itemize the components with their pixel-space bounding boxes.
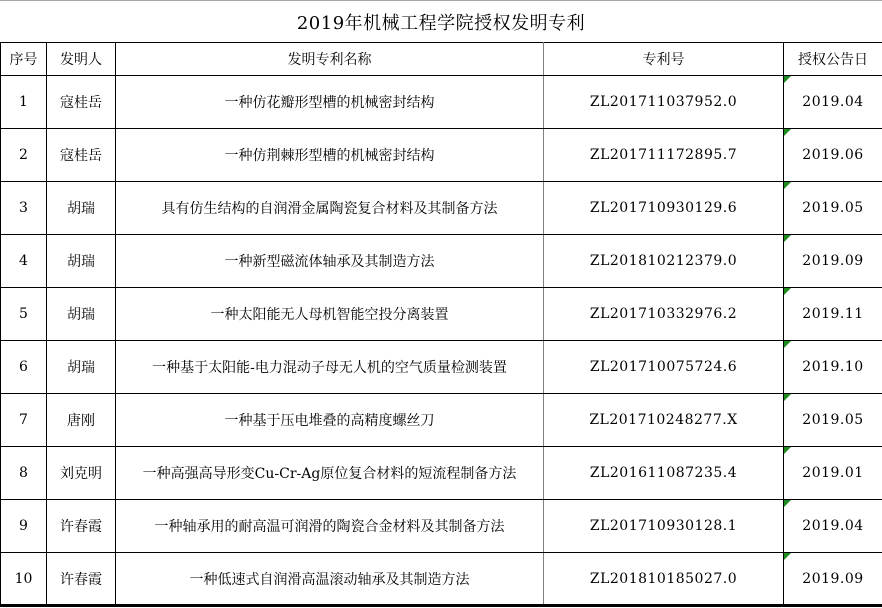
cell-patent-number: ZL201611087235.4 (544, 447, 784, 500)
cell-inventor: 胡瑞 (47, 341, 116, 394)
cell-grant-date: 2019.09 (784, 235, 882, 288)
cell-patent-number: ZL201711037952.0 (544, 76, 784, 129)
cell-seq: 10 (1, 553, 47, 606)
cell-grant-date: 2019.05 (784, 182, 882, 235)
cell-grant-date: 2019.09 (784, 553, 882, 606)
table-row: 1 寇桂岳 一种仿花瓣形型槽的机械密封结构 ZL201711037952.0 2… (1, 76, 882, 129)
cell-patent-name: 一种基于压电堆叠的高精度螺丝刀 (116, 394, 544, 447)
cell-inventor: 唐刚 (47, 394, 116, 447)
grant-date-text: 2019.05 (802, 412, 863, 428)
cell-grant-date: 2019.04 (784, 76, 882, 129)
excel-flag-triangle-icon (784, 500, 791, 507)
cell-patent-name: 一种仿荆棘形型槽的机械密封结构 (116, 129, 544, 182)
table-row: 5 胡瑞 一种太阳能无人母机智能空投分离装置 ZL201710332976.2 … (1, 288, 882, 341)
cell-patent-number: ZL201710332976.2 (544, 288, 784, 341)
patent-table: 序号 发明人 发明专利名称 专利号 授权公告日 1 寇桂岳 一种仿花瓣形型槽的机… (0, 42, 882, 607)
cell-inventor: 许春霞 (47, 553, 116, 606)
grant-date-text: 2019.10 (802, 359, 863, 375)
cell-inventor: 许春霞 (47, 500, 116, 553)
cell-patent-name: 一种低速式自润滑高温滚动轴承及其制造方法 (116, 553, 544, 606)
table-row: 7 唐刚 一种基于压电堆叠的高精度螺丝刀 ZL201710248277.X 20… (1, 394, 882, 447)
cell-patent-name: 一种基于太阳能-电力混动子母无人机的空气质量检测装置 (116, 341, 544, 394)
excel-flag-triangle-icon (784, 129, 791, 136)
table-row: 10 许春霞 一种低速式自润滑高温滚动轴承及其制造方法 ZL2018101850… (1, 553, 882, 606)
table-body: 1 寇桂岳 一种仿花瓣形型槽的机械密封结构 ZL201711037952.0 2… (1, 76, 882, 606)
grant-date-text: 2019.09 (802, 571, 863, 587)
grant-date-text: 2019.01 (802, 465, 863, 481)
cell-patent-number: ZL201810212379.0 (544, 235, 784, 288)
col-header-inventor: 发明人 (47, 43, 116, 76)
cell-patent-number: ZL201710075724.6 (544, 341, 784, 394)
cell-inventor: 寇桂岳 (47, 76, 116, 129)
grant-date-text: 2019.05 (802, 200, 863, 216)
excel-flag-triangle-icon (784, 76, 791, 83)
cell-seq: 1 (1, 76, 47, 129)
cell-seq: 6 (1, 341, 47, 394)
col-header-grant-date: 授权公告日 (784, 43, 882, 76)
table-row: 9 许春霞 一种轴承用的耐高温可润滑的陶瓷合金材料及其制备方法 ZL201710… (1, 500, 882, 553)
cell-patent-number: ZL201710930128.1 (544, 500, 784, 553)
excel-flag-triangle-icon (784, 288, 791, 295)
cell-seq: 8 (1, 447, 47, 500)
cell-inventor: 胡瑞 (47, 182, 116, 235)
cell-patent-name: 具有仿生结构的自润滑金属陶瓷复合材料及其制备方法 (116, 182, 544, 235)
grant-date-text: 2019.09 (802, 253, 863, 269)
excel-flag-triangle-icon (784, 553, 791, 560)
cell-patent-number: ZL201810185027.0 (544, 553, 784, 606)
cell-patent-name: 一种高强高导形变Cu-Cr-Ag原位复合材料的短流程制备方法 (116, 447, 544, 500)
excel-flag-triangle-icon (784, 235, 791, 242)
page-title: 2019年机械工程学院授权发明专利 (0, 0, 882, 42)
cell-grant-date: 2019.06 (784, 129, 882, 182)
grant-date-text: 2019.04 (802, 94, 863, 110)
grant-date-text: 2019.04 (802, 518, 863, 534)
cell-grant-date: 2019.01 (784, 447, 882, 500)
table-row: 2 寇桂岳 一种仿荆棘形型槽的机械密封结构 ZL201711172895.7 2… (1, 129, 882, 182)
cell-patent-name: 一种新型磁流体轴承及其制造方法 (116, 235, 544, 288)
cell-inventor: 刘克明 (47, 447, 116, 500)
cell-inventor: 胡瑞 (47, 235, 116, 288)
cell-seq: 5 (1, 288, 47, 341)
cell-seq: 9 (1, 500, 47, 553)
patent-list-page: 2019年机械工程学院授权发明专利 序号 发明人 发明专利名称 专利号 授权公告… (0, 0, 882, 608)
cell-patent-name: 一种仿花瓣形型槽的机械密封结构 (116, 76, 544, 129)
table-row: 8 刘克明 一种高强高导形变Cu-Cr-Ag原位复合材料的短流程制备方法 ZL2… (1, 447, 882, 500)
header-row: 序号 发明人 发明专利名称 专利号 授权公告日 (1, 43, 882, 76)
table-row: 3 胡瑞 具有仿生结构的自润滑金属陶瓷复合材料及其制备方法 ZL20171093… (1, 182, 882, 235)
cell-inventor: 胡瑞 (47, 288, 116, 341)
cell-grant-date: 2019.04 (784, 500, 882, 553)
cell-patent-number: ZL201710248277.X (544, 394, 784, 447)
cell-patent-number: ZL201711172895.7 (544, 129, 784, 182)
table-row: 6 胡瑞 一种基于太阳能-电力混动子母无人机的空气质量检测装置 ZL201710… (1, 341, 882, 394)
cell-patent-name: 一种太阳能无人母机智能空投分离装置 (116, 288, 544, 341)
col-header-patent-name: 发明专利名称 (116, 43, 544, 76)
cell-seq: 4 (1, 235, 47, 288)
col-header-seq: 序号 (1, 43, 47, 76)
cell-seq: 2 (1, 129, 47, 182)
cell-seq: 3 (1, 182, 47, 235)
col-header-patent-no: 专利号 (544, 43, 784, 76)
excel-flag-triangle-icon (784, 341, 791, 348)
grant-date-text: 2019.11 (802, 306, 863, 322)
cell-patent-name: 一种轴承用的耐高温可润滑的陶瓷合金材料及其制备方法 (116, 500, 544, 553)
cell-seq: 7 (1, 394, 47, 447)
excel-flag-triangle-icon (784, 182, 791, 189)
excel-flag-triangle-icon (784, 394, 791, 401)
table-row: 4 胡瑞 一种新型磁流体轴承及其制造方法 ZL201810212379.0 20… (1, 235, 882, 288)
cell-inventor: 寇桂岳 (47, 129, 116, 182)
cell-grant-date: 2019.11 (784, 288, 882, 341)
grant-date-text: 2019.06 (802, 147, 863, 163)
cell-patent-number: ZL201710930129.6 (544, 182, 784, 235)
cell-grant-date: 2019.05 (784, 394, 882, 447)
cell-grant-date: 2019.10 (784, 341, 882, 394)
excel-flag-triangle-icon (784, 447, 791, 454)
